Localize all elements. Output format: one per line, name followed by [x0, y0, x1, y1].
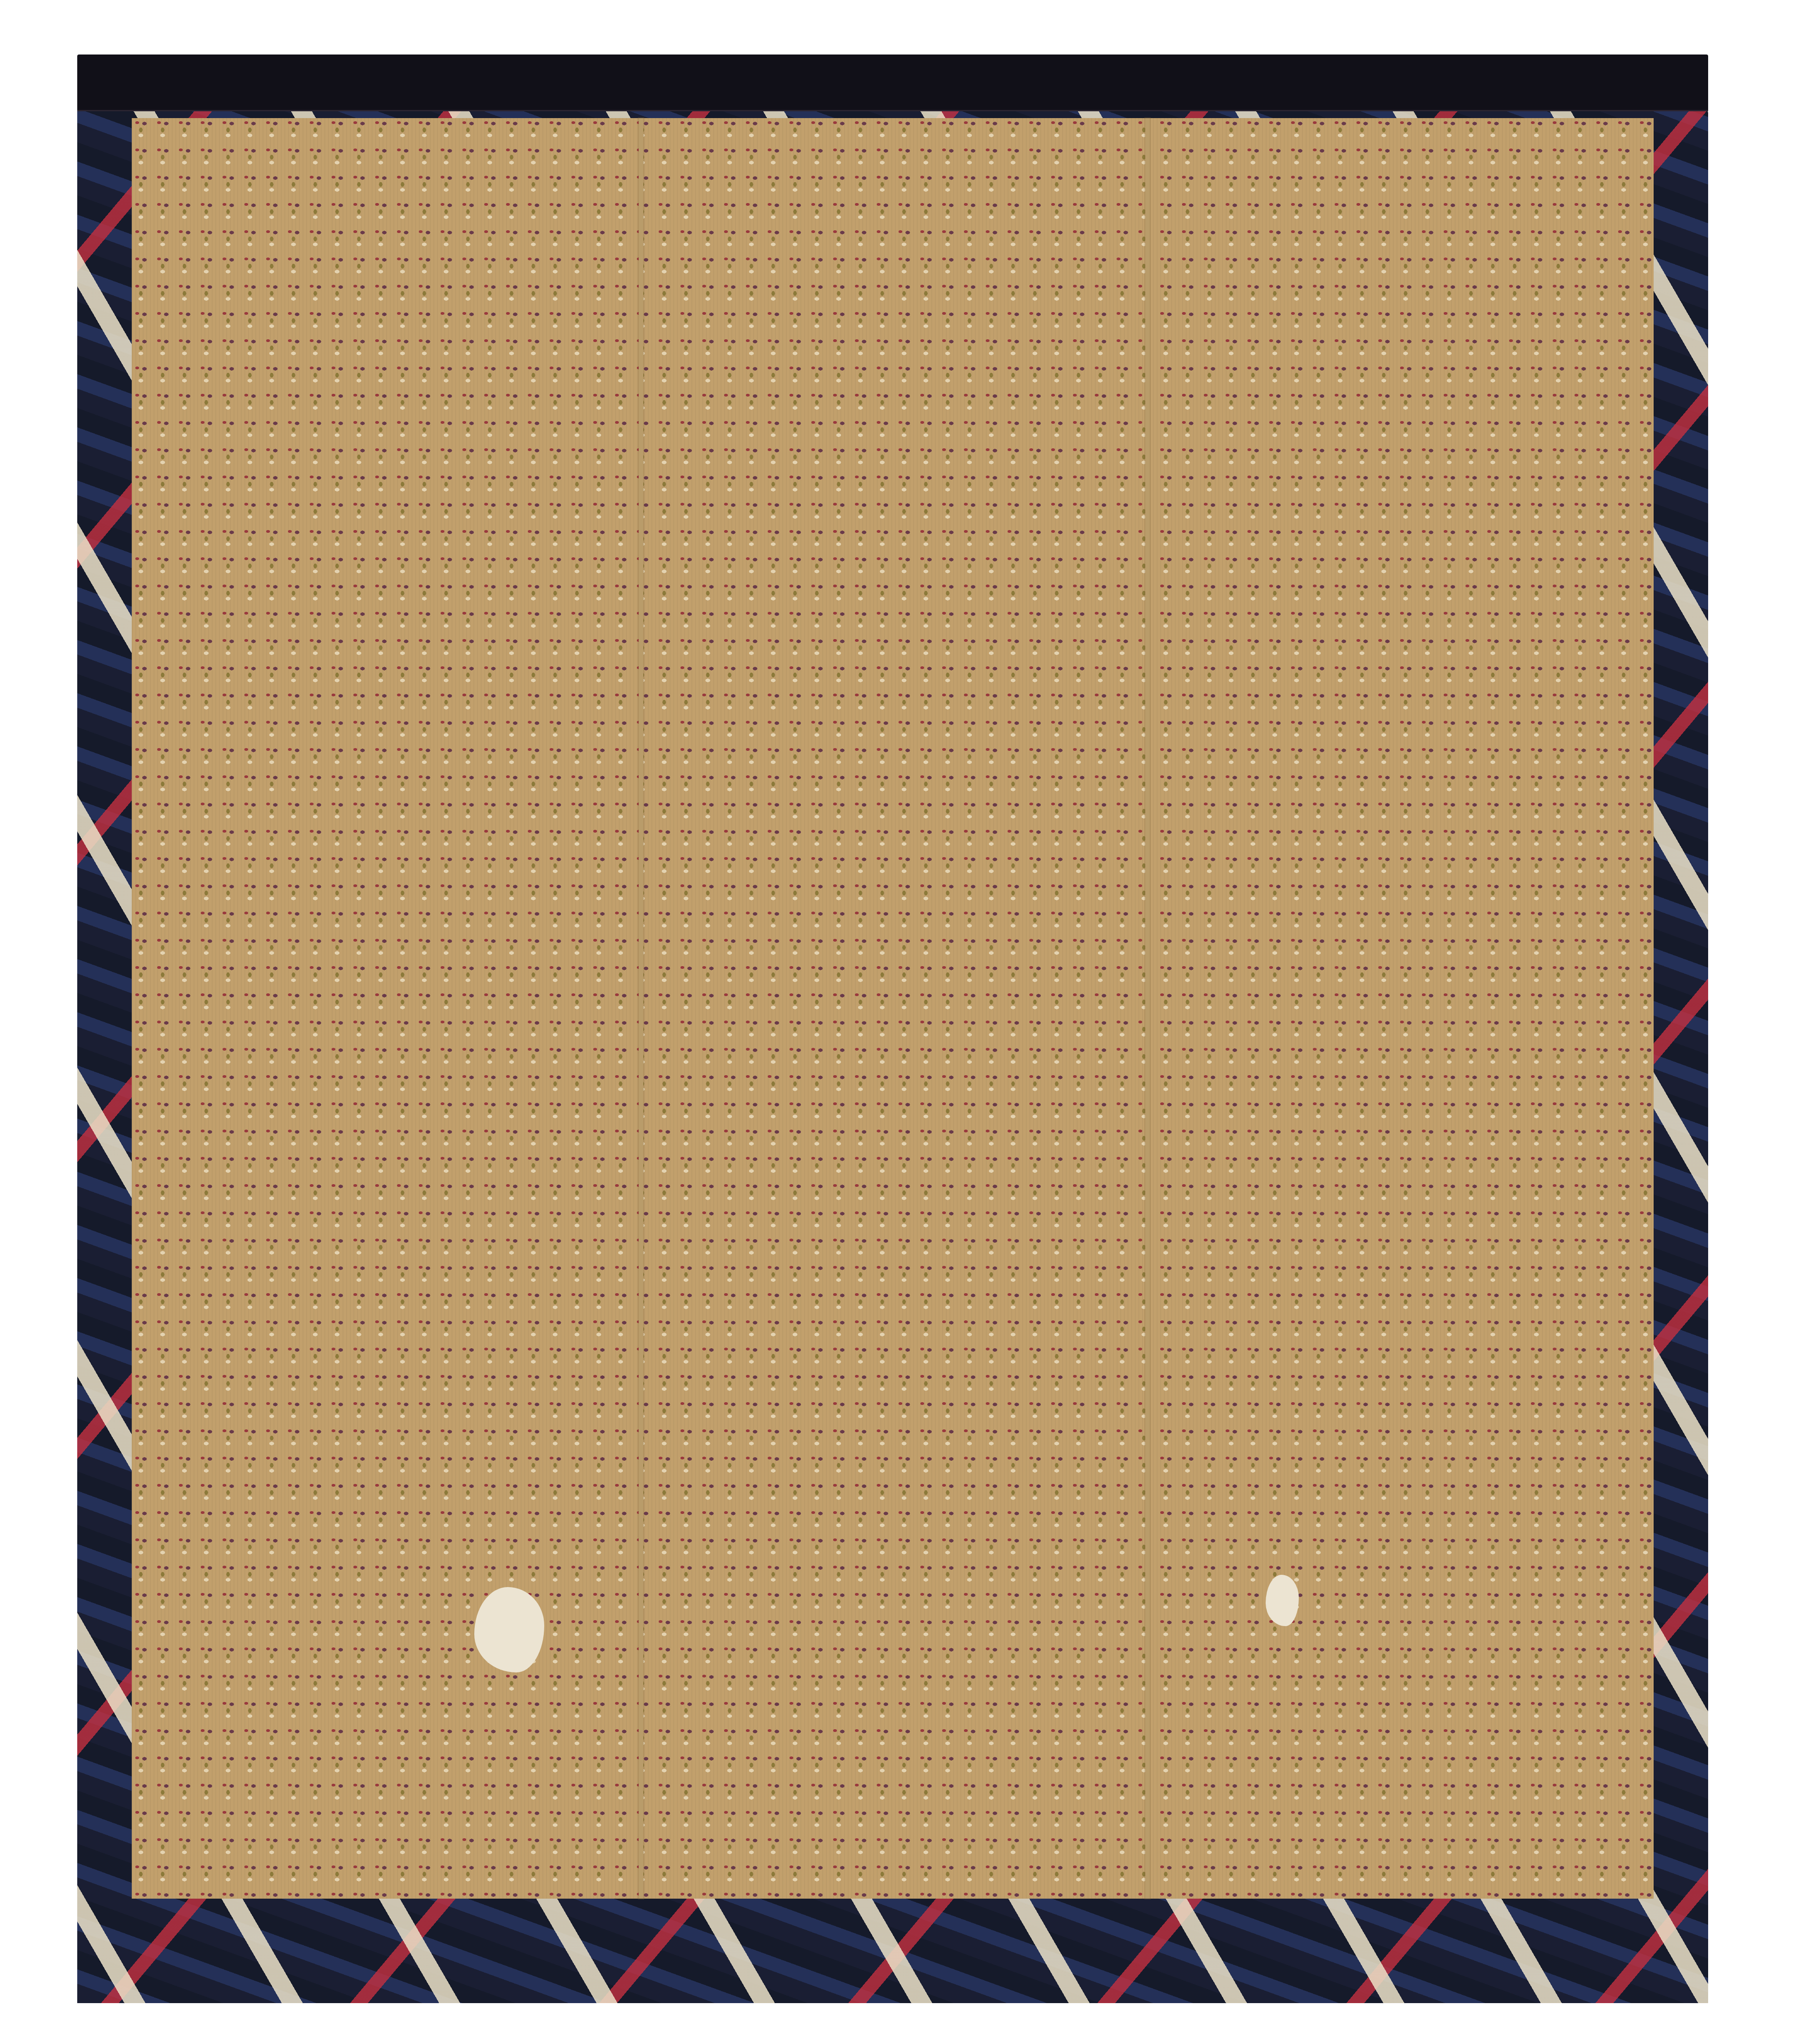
panel-seam-right [1145, 118, 1150, 1899]
worn-hole-left [474, 1587, 544, 1672]
block-printed-field [132, 118, 1654, 1899]
dark-velvet-top-band [77, 55, 1708, 111]
textile-panel [77, 55, 1708, 2003]
panel-seam-left [639, 118, 643, 1899]
worn-hole-right [1266, 1575, 1299, 1627]
